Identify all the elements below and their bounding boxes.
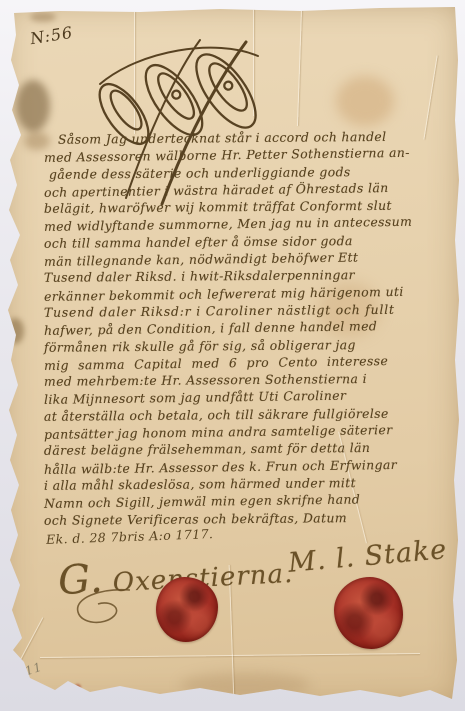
signature-right: M. l. Stake: [287, 534, 449, 579]
handwritten-body: Såsom Jag undertecknat står i accord och…: [44, 129, 456, 527]
stain: [16, 80, 50, 132]
manuscript-paper: N:56: [0, 0, 465, 711]
crease-line: [297, 8, 302, 126]
archival-number: N:56: [29, 23, 75, 49]
stain: [30, 12, 56, 22]
photo-background: N:56: [0, 0, 465, 711]
crease-line: [40, 653, 420, 658]
stain: [336, 76, 394, 126]
handwritten-line: och Signete Verificeras och bekräftas, D…: [44, 508, 456, 529]
wax-seal-right: [334, 577, 403, 649]
signature-flourish-loop: [70, 586, 140, 631]
pencil-page-number: 11: [23, 660, 44, 679]
dateline: Ek. d. 28 7bris A:o 1717.: [46, 526, 214, 547]
stain: [74, 684, 81, 690]
stain: [180, 672, 310, 698]
stain: [6, 318, 24, 344]
